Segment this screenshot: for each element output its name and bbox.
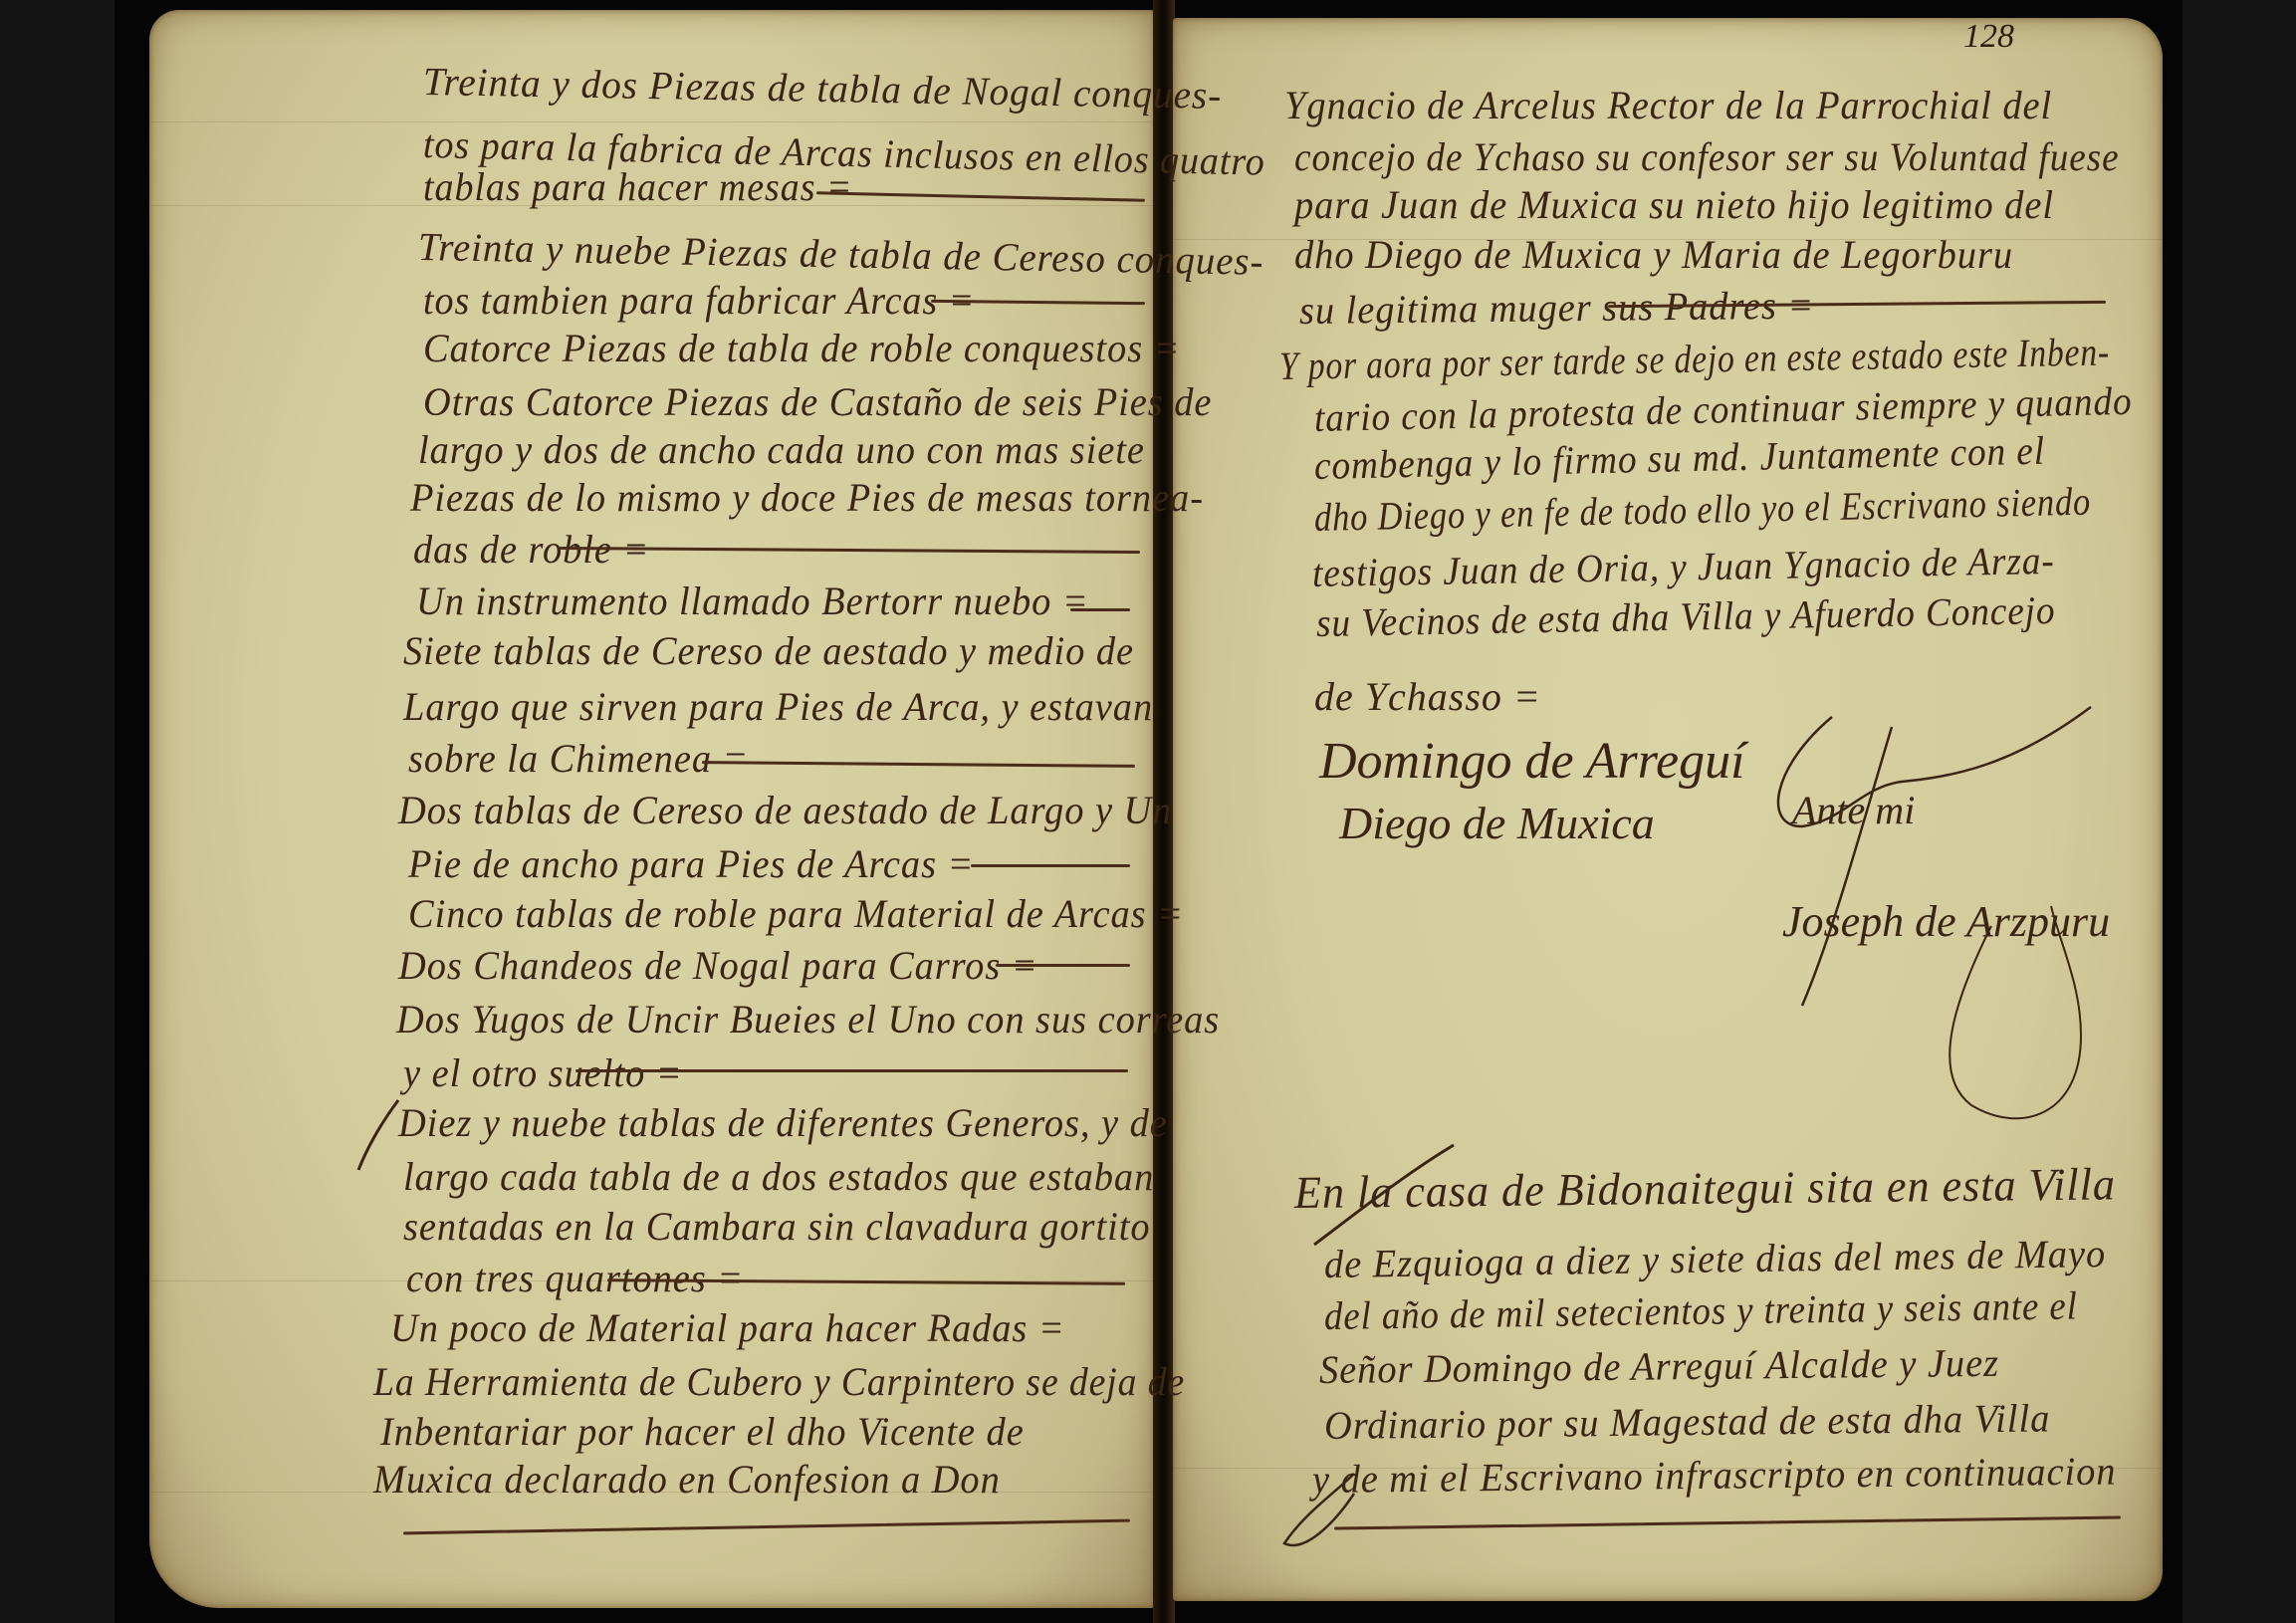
text-line: Un instrumento llamado Bertorr nuebo = <box>416 581 1089 621</box>
text-line: Dos Chandeos de Nogal para Carros = <box>398 946 1038 986</box>
text-line: Piezas de lo mismo y doce Pies de mesas … <box>410 478 1204 518</box>
text-line: La Herramienta de Cubero y Carpintero se… <box>373 1362 1185 1402</box>
text-line: Muxica declarado en Confesion a Don <box>373 1460 1001 1500</box>
text-line: Un poco de Material para hacer Radas = <box>390 1308 1065 1348</box>
text-line: Pie de ancho para Pies de Arcas = <box>408 844 974 884</box>
text-line: concejo de Ychaso su confesor ser su Vol… <box>1294 137 2120 177</box>
fill-rule <box>575 1069 1128 1072</box>
text-line: largo cada tabla de a dos estados que es… <box>403 1157 1154 1197</box>
paragraph-flourish-icon <box>353 1095 403 1175</box>
text-line: tos tambien para fabricar Arcas = <box>423 281 975 321</box>
text-line: Diez y nuebe tablas de diferentes Genero… <box>398 1103 1168 1143</box>
text-line: tablas para hacer mesas = <box>423 167 852 207</box>
text-line: sobre la Chimenea = <box>408 739 749 779</box>
text-line: Otras Catorce Piezas de Castaño de seis … <box>423 382 1212 422</box>
paragraph-flourish-icon <box>1274 1135 1474 1553</box>
text-line: largo y dos de ancho cada uno con mas si… <box>418 430 1145 470</box>
signature-domingo: Domingo de Arreguí <box>1319 732 1745 791</box>
text-line: sentadas en la Cambara sin clavadura gor… <box>403 1207 1151 1247</box>
fill-rule <box>1070 608 1130 611</box>
signature-diego: Diego de Muxica <box>1339 797 1655 849</box>
text-line: para Juan de Muxica su nieto hijo legiti… <box>1294 185 2054 225</box>
notary-rubric-icon <box>1752 707 2151 1125</box>
text-line: su legitima muger sus Padres = <box>1299 286 1815 331</box>
text-line: Dos tablas de Cereso de aestado de Largo… <box>398 791 1172 830</box>
fill-rule <box>996 964 1130 967</box>
folio-number: 128 <box>1963 18 2014 56</box>
text-line: Ygnacio de Arcelus Rector de la Parrochi… <box>1284 86 2052 125</box>
text-line: Siete tablas de Cereso de aestado y medi… <box>403 631 1134 671</box>
text-line: Inbentariar por hacer el dho Vicente de <box>380 1412 1025 1452</box>
ruled-line <box>149 121 1155 122</box>
text-line: Catorce Piezas de tabla de roble conques… <box>423 329 1181 368</box>
text-line: Cinco tablas de roble para Material de A… <box>408 894 1184 934</box>
text-line: y el otro suelto = <box>403 1053 683 1093</box>
text-line: de Ychasso = <box>1314 677 1541 717</box>
fill-rule <box>971 864 1130 867</box>
text-line: dho Diego de Muxica y Maria de Legorburu <box>1294 235 2013 275</box>
text-line: Dos Yugos de Uncir Bueies el Uno con sus… <box>396 1000 1220 1040</box>
text-line: Largo que sirven para Pies de Arca, y es… <box>403 687 1153 727</box>
